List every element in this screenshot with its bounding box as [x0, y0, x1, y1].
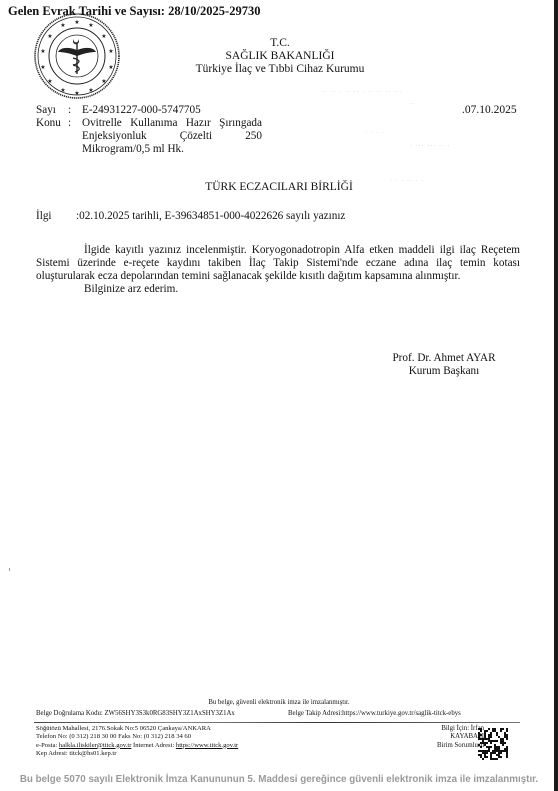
letterhead-ministry: SAĞLIK BAKANLIĞI	[180, 50, 380, 63]
incoming-document-stamp: Gelen Evrak Tarihi ve Sayısı: 28/10/2025…	[8, 4, 260, 19]
footer-divider	[34, 722, 520, 723]
recipient: TÜRK ECZACILARI BİRLİĞİ	[0, 181, 558, 193]
svg-text:★: ★	[88, 87, 93, 94]
web-link[interactable]: https://www.titck.gov.tr	[176, 742, 238, 749]
letterhead: T.C. SAĞLIK BAKANLIĞI Türkiye İlaç ve Tı…	[180, 37, 380, 76]
verification-code: Belge Doğrulama Kodu: ZW56SHY3S3k0RG83SH…	[36, 710, 235, 717]
konu-line-3: Mikrogram/0,5 ml Hk.	[82, 143, 262, 156]
signature-block: Prof. Dr. Ahmet AYAR Kurum Başkanı	[370, 352, 518, 378]
document-date: .07.10.2025	[462, 104, 517, 116]
konu-line-1: Ovitrelle Kullanıma Hazır Şırıngada	[82, 117, 262, 130]
closing-paragraph: Bilginize arz ederim.	[36, 283, 520, 296]
sayi-colon: :	[68, 104, 82, 117]
signatory-title: Kurum Başkanı	[370, 365, 518, 378]
ilgi-value: :02.10.2025 tarihli, E-39634851-000-4022…	[76, 210, 345, 222]
faint-scan-artifact: · ··· ··· ·· ·	[410, 143, 451, 149]
footer-address: Söğütözü Mahallesi, 2176.Sokak No:5 0652…	[36, 725, 238, 758]
email-label: e-Posta:	[36, 742, 57, 749]
esign-law-note: Bu belge 5070 sayılı Elektronik İmza Kan…	[0, 774, 558, 785]
contact-block: Bilgi İçin: İrfan KAYABAŞI Birim Sorumlu…	[418, 725, 484, 750]
sayi-value: E-24931227-000-5747705	[82, 104, 201, 116]
letterhead-tc: T.C.	[180, 37, 380, 50]
verification-line: Belge Doğrulama Kodu: ZW56SHY3S3k0RG83SH…	[36, 710, 516, 717]
svg-text:★: ★	[60, 22, 65, 29]
email-web-line: e-Posta: halkla.iliskiler@titck.gov.tr İ…	[36, 742, 238, 750]
faint-scan-artifact: ··	[410, 101, 416, 107]
svg-text:★: ★	[40, 64, 45, 71]
esign-note: Bu belge, güvenli elektronik imza ile im…	[0, 699, 558, 706]
svg-text:★: ★	[88, 22, 93, 29]
email-link[interactable]: halkla.iliskiler@titck.gov.tr	[59, 742, 131, 749]
ilgi-label: İlgi	[36, 210, 76, 222]
svg-text:★: ★	[74, 19, 79, 26]
phone-line: Telefon No: (0 312) 218 30 00 Faks No: (…	[36, 733, 238, 741]
web-label: İnternet Adresi:	[133, 742, 174, 749]
faint-scan-artifact: · · · ·	[365, 130, 385, 136]
tracking-address: Belge Takip Adresi:https://www.turkiye.g…	[288, 710, 461, 717]
svg-text:★: ★	[101, 33, 106, 40]
viewer-edge-bar	[554, 0, 558, 791]
svg-text:★: ★	[101, 78, 106, 85]
konu-line-2: Enjeksiyonluk Çözelti 250	[82, 130, 262, 143]
faint-scan-artifact: ·· ·· · ·· ·· · ·· ·· ·· ···	[322, 89, 403, 95]
margin-mark	[9, 568, 10, 571]
sayi-label: Sayı	[36, 104, 68, 117]
letter-body: İlgide kayıtlı yazınız incelenmiştir. Ko…	[36, 244, 520, 296]
svg-text:★: ★	[108, 64, 113, 71]
qr-code-icon[interactable]	[478, 728, 508, 760]
body-paragraph: İlgide kayıtlı yazınız incelenmiştir. Ko…	[36, 244, 520, 283]
svg-text:★: ★	[108, 48, 113, 55]
konu-label: Konu	[36, 117, 68, 130]
konu-colon: :	[68, 117, 82, 130]
contact-role: Birim Sorumlusu	[418, 742, 484, 750]
svg-text:★: ★	[60, 87, 65, 94]
svg-text:★: ★	[47, 33, 52, 40]
svg-text:★: ★	[47, 78, 52, 85]
contact-person: Bilgi İçin: İrfan KAYABAŞI	[418, 725, 484, 742]
svg-text:★: ★	[74, 90, 79, 97]
letterhead-agency: Türkiye İlaç ve Tıbbi Cihaz Kurumu	[180, 63, 380, 76]
konu-row: Konu:	[36, 117, 82, 130]
konu-value: Ovitrelle Kullanıma Hazır Şırıngada Enje…	[82, 117, 262, 156]
address-line: Söğütözü Mahallesi, 2176.Sokak No:5 0652…	[36, 725, 238, 733]
ministry-seal-icon: ★★★ ★★ ★★ ★★ ★★ ★★★	[33, 12, 121, 100]
ilgi-row: İlgi:02.10.2025 tarihli, E-39634851-000-…	[36, 210, 345, 222]
sayi-row: Sayı:E-24931227-000-5747705	[36, 104, 201, 117]
kep-line: Kep Adresi: titck@hs01.kep.tr	[36, 750, 238, 758]
signatory-name: Prof. Dr. Ahmet AYAR	[370, 352, 518, 365]
svg-text:★: ★	[40, 48, 45, 55]
